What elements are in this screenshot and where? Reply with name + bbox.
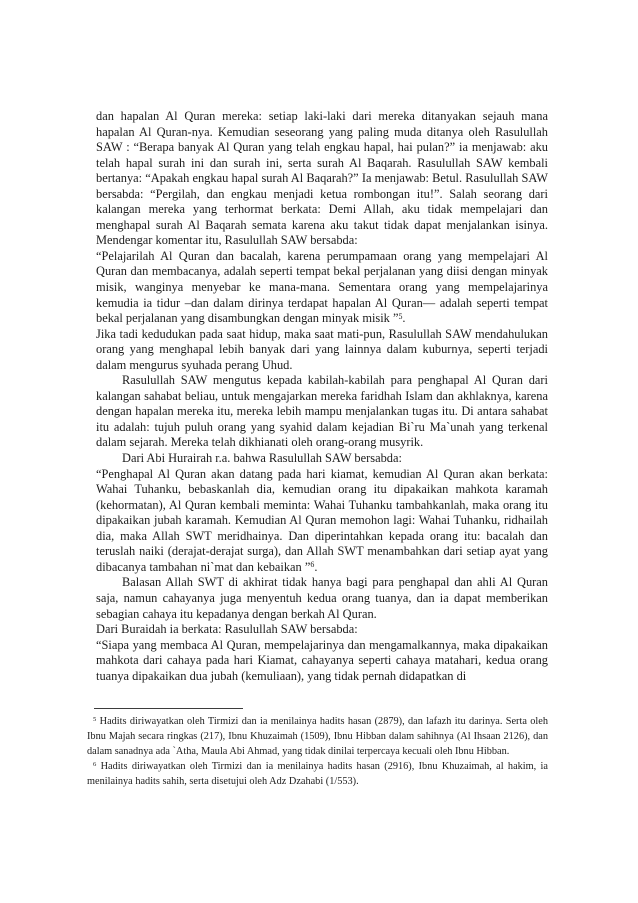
paragraph: Dari Abi Hurairah r.a. bahwa Rasulullah … [96, 451, 548, 467]
body-text-block: dan hapalan Al Quran mereka: setiap laki… [96, 109, 548, 684]
footnote-marker: 5 [93, 716, 96, 723]
paragraph: Jika tadi kedudukan pada saat hidup, mak… [96, 327, 548, 374]
paragraph: Balasan Allah SWT di akhirat tidak hanya… [96, 575, 548, 622]
footnote-section: 5 Hadits diriwayatkan oleh Tirmizi dan i… [87, 708, 548, 790]
footnote-separator [94, 708, 243, 709]
paragraph: Rasulullah SAW mengutus kepada kabilah-k… [96, 373, 548, 451]
footnote-item: 6 Hadits diriwayatkan oleh Tirmizi dan i… [87, 760, 548, 790]
paragraph: “Pelajarilah Al Quran dan bacalah, karen… [96, 249, 548, 327]
footnote-item: 5 Hadits diriwayatkan oleh Tirmizi dan i… [87, 715, 548, 760]
paragraph: Dari Buraidah ia berkata: Rasulullah SAW… [96, 622, 548, 638]
footnote-marker: 6 [93, 761, 96, 768]
paragraph: dan hapalan Al Quran mereka: setiap laki… [96, 109, 548, 249]
paragraph: “Siapa yang membaca Al Quran, mempelajar… [96, 638, 548, 685]
footnote-reference: 5 [398, 312, 402, 321]
footnote-list: 5 Hadits diriwayatkan oleh Tirmizi dan i… [87, 715, 548, 790]
paragraph: “Penghapal Al Quran akan datang pada har… [96, 467, 548, 576]
document-page: dan hapalan Al Quran mereka: setiap laki… [0, 0, 638, 903]
footnote-reference: 6 [310, 560, 314, 569]
